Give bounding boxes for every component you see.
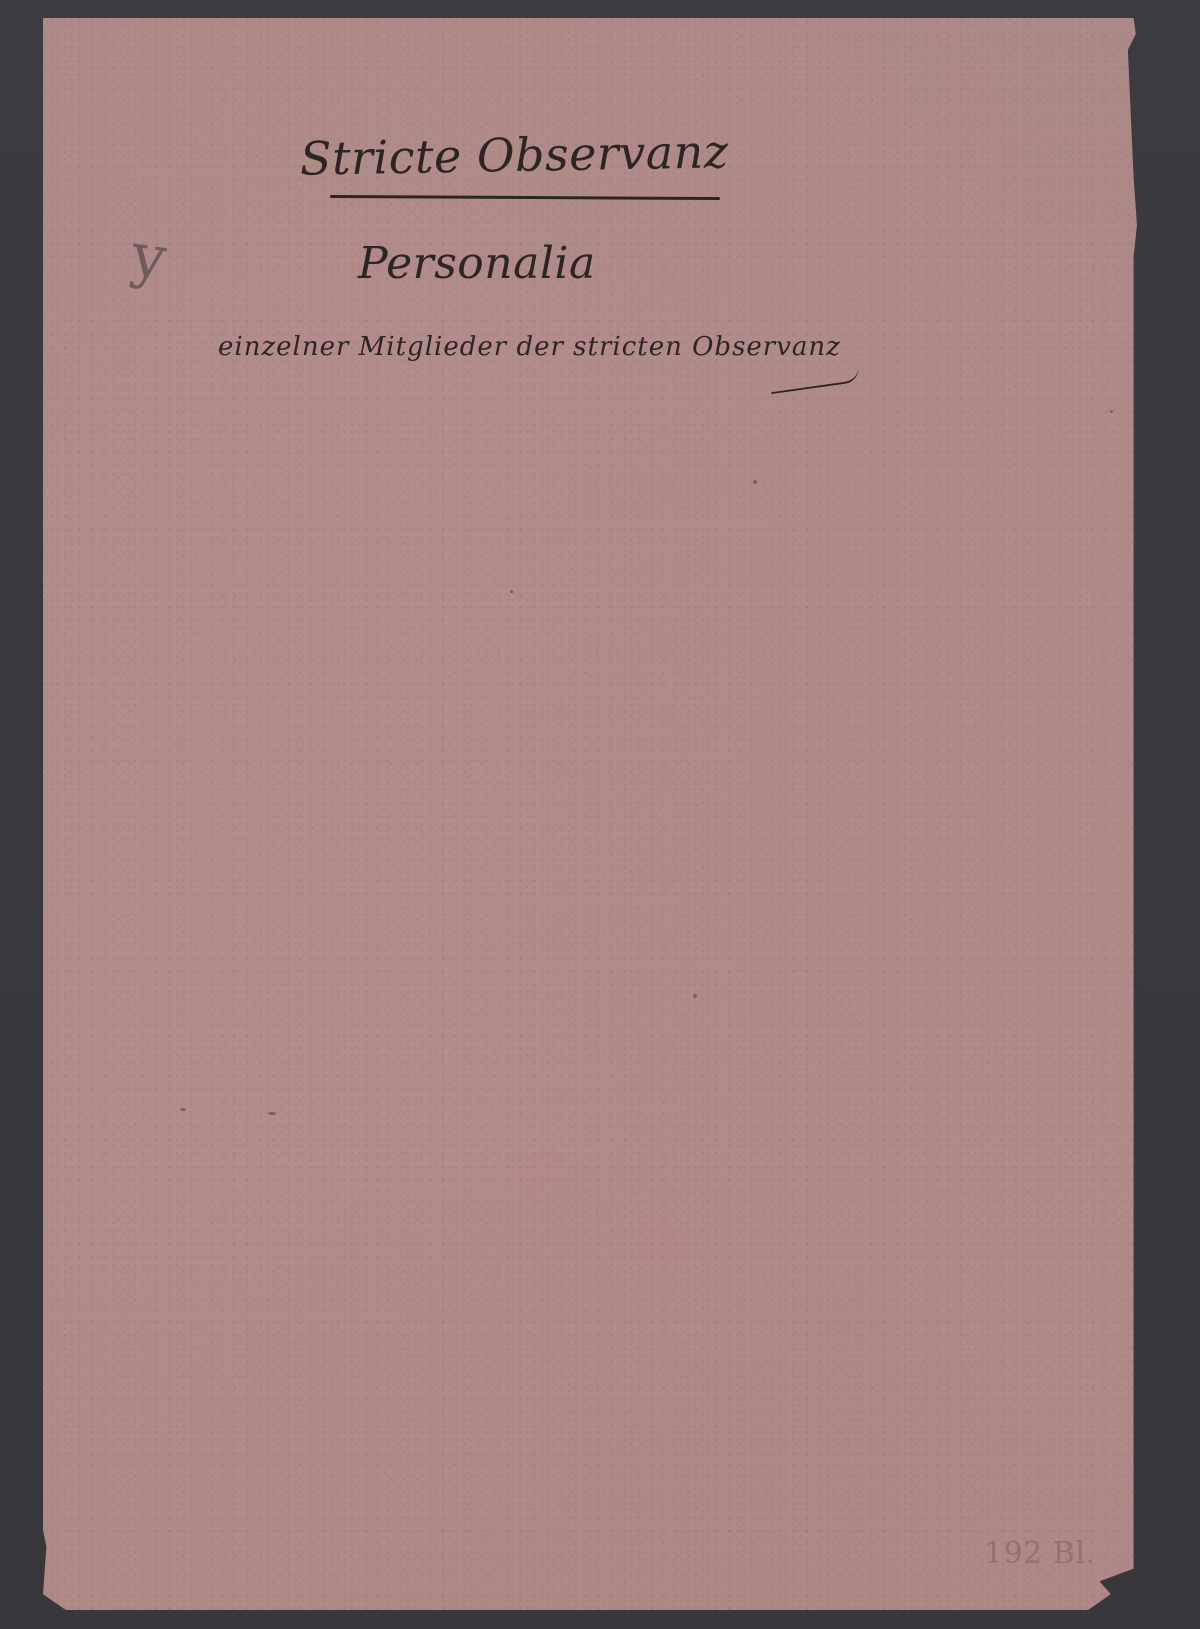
paper-speck <box>753 480 757 484</box>
paper-speck <box>180 1108 186 1111</box>
archive-folio-note: 192 Bl. <box>984 1536 1095 1571</box>
document-title: Stricte Observanz <box>300 124 729 185</box>
document-subtitle: Personalia <box>358 238 596 289</box>
paper-speck <box>693 994 697 998</box>
document-caption: einzelner Mitglieder der stricten Observ… <box>218 332 841 362</box>
paper-speck <box>510 590 513 593</box>
document-cover-sheet <box>43 18 1179 1610</box>
paper-speck <box>268 1112 276 1115</box>
paper-speck <box>1110 410 1113 413</box>
